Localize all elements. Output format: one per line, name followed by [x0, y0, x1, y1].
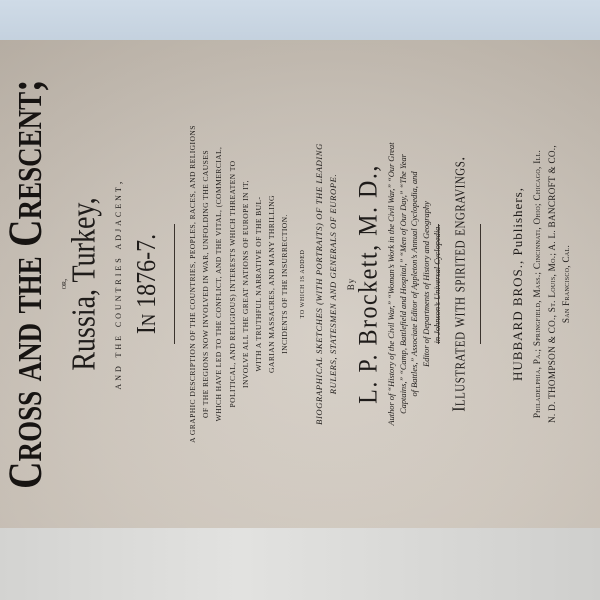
background-surface — [0, 0, 600, 42]
description-line: political, and religious) interests whic… — [226, 60, 239, 508]
description-line: garian massacres, and many thrilling — [265, 60, 278, 508]
divider-rule — [438, 224, 439, 344]
author-name: L. P. Brockett, M. D., — [355, 40, 385, 528]
credits-line: of Battles,” Associate Editor of Appleto… — [409, 40, 421, 528]
subtitle-secondary: and the countries adjacent, — [112, 40, 124, 528]
publisher-cities: Philadelphia, Pa.; Springfield, Mass.; C… — [530, 40, 574, 528]
author-credits: Author of “History of the Civil War,” “W… — [386, 40, 444, 528]
description-line: incidents of the insurrection. — [278, 60, 291, 508]
biographical-line: Biographical sketches (with portraits) o… — [312, 40, 326, 528]
credits-line: Captains,” “Camp, Battlefield and Hospit… — [398, 40, 410, 528]
publisher-name: HUBBARD BROS., Publishers, — [510, 40, 526, 528]
description-line: A graphic description of the countries, … — [186, 60, 199, 508]
description-line: which have led to the conflict, and the … — [212, 60, 225, 508]
added-label: to which is added — [300, 40, 306, 528]
description-line: with a truthful narrative of the Bul- — [252, 60, 265, 508]
illustrated-line: Illustrated with spirited engravings. — [450, 40, 470, 528]
year-line: In 1876-7. — [132, 40, 163, 528]
subtitle-main: Russia, Turkey, — [67, 40, 103, 528]
facing-page — [0, 528, 600, 600]
biographical-line: rulers, statesmen and generals of Europe… — [326, 40, 340, 528]
cities-line: San Francisco, Cal. — [559, 40, 574, 528]
credits-line: Author of “History of the Civil War,” “W… — [386, 40, 398, 528]
description-line: of the regions now involved in war, unfo… — [199, 60, 212, 508]
book-title: Cross and the Crescent; — [0, 40, 54, 528]
cities-line: N. D. THOMPSON & CO., St. Louis, Mo.; A.… — [545, 40, 560, 528]
book-page-region: Cross and the Crescent; or, Russia, Turk… — [0, 40, 600, 528]
cities-line: Philadelphia, Pa.; Springfield, Mass.; C… — [530, 40, 545, 528]
description-block: A graphic description of the countries, … — [186, 40, 292, 528]
divider-rule — [174, 224, 175, 344]
biographical-block: Biographical sketches (with portraits) o… — [312, 40, 340, 528]
description-line: involve all the great nations of Europe … — [239, 60, 252, 508]
title-page: Cross and the Crescent; or, Russia, Turk… — [0, 40, 600, 528]
credits-line: Editor of Departments of History and Geo… — [421, 40, 433, 528]
divider-rule — [480, 224, 481, 344]
